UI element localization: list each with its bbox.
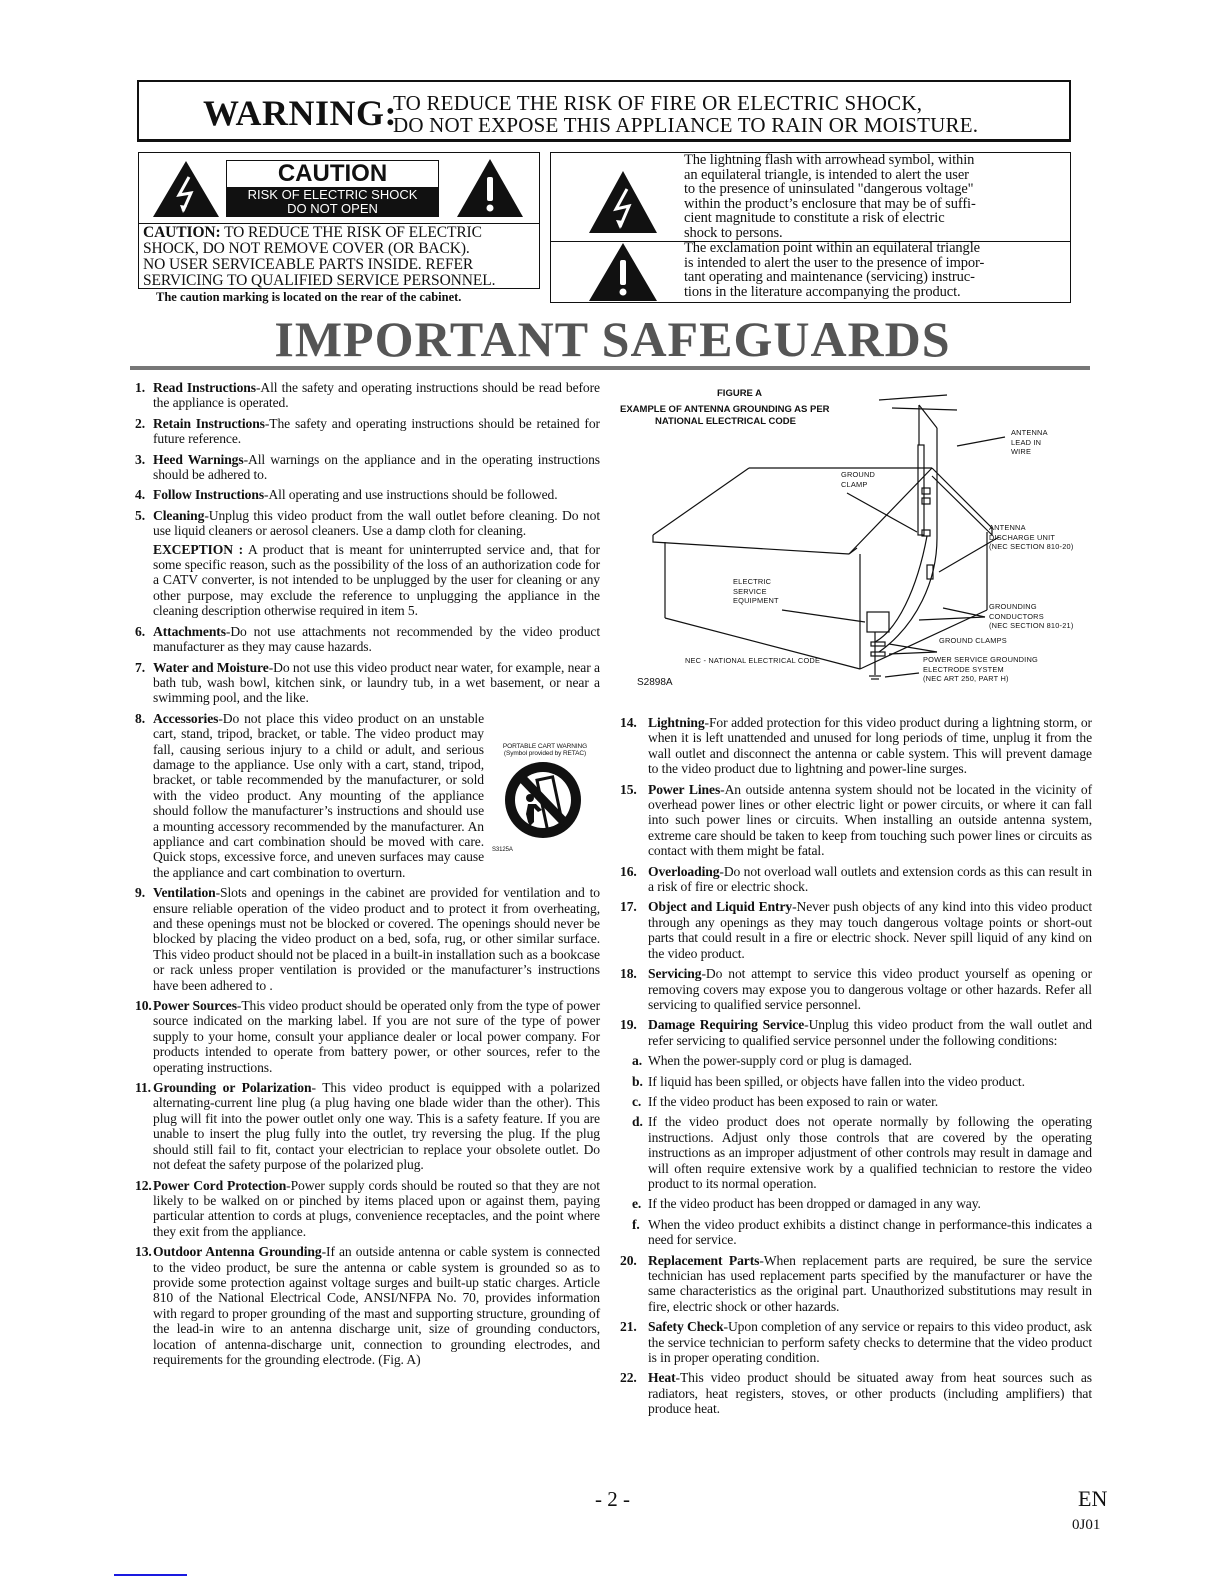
item-heading: Overloading: [648, 864, 719, 879]
item-text: -Do not place this video product on an u…: [153, 711, 484, 880]
item-heading: Read Instructions: [153, 380, 256, 395]
label-electric-service-equipment: ELECTRIC SERVICE EQUIPMENT: [733, 577, 779, 606]
item-heading: Water and Moisture: [153, 660, 269, 675]
item-text: -Slots and openings in the cabinet are p…: [153, 885, 600, 992]
safeguard-item: 11.Grounding or Polarization- This video…: [135, 1080, 600, 1172]
warning-line-1: TO REDUCE THE RISK OF FIRE OR ELECTRIC S…: [393, 92, 978, 114]
item-number: 4.: [135, 487, 145, 502]
warning-box: WARNING: TO REDUCE THE RISK OF FIRE OR E…: [137, 80, 1071, 142]
link-underline[interactable]: [114, 1574, 187, 1576]
text-line: The exclamation point within an equilate…: [684, 241, 984, 256]
item-heading: Ventilation: [153, 885, 216, 900]
condition-letter: d.: [632, 1114, 643, 1129]
label-line: (NEC SECTION 810-21): [989, 621, 1092, 631]
safeguards-left-column: 1.Read Instructions-All the safety and o…: [135, 380, 600, 1372]
label-power-service-grounding: POWER SERVICE GROUNDING ELECTRODE SYSTEM…: [923, 655, 1038, 684]
cart-caption: PORTABLE CART WARNING: [490, 743, 600, 750]
safeguard-item: 12.Power Cord Protection-Power supply co…: [135, 1178, 600, 1240]
safeguard-item: 14.Lightning-For added protection for th…: [620, 715, 1092, 777]
condition-letter: f.: [632, 1217, 640, 1232]
safeguard-item: 6.Attachments-Do not use attachments not…: [135, 624, 600, 655]
safeguard-item: 17.Object and Liquid Entry-Never push ob…: [620, 899, 1092, 961]
item-text: -For added protection for this video pro…: [648, 715, 1092, 776]
title-rule: [130, 366, 1090, 370]
caution-box: CAUTION RISK OF ELECTRIC SHOCK DO NOT OP…: [138, 152, 540, 289]
figure-a-antenna-grounding: FIGURE A EXAMPLE OF ANTENNA GROUNDING AS…: [617, 380, 1092, 695]
safeguard-item: PORTABLE CART WARNING (Symbol provided b…: [135, 711, 600, 880]
item-number: 13.: [135, 1244, 152, 1259]
item-number: 19.: [620, 1017, 637, 1032]
label-line: SERVICE: [733, 587, 779, 597]
item-number: 7.: [135, 660, 145, 675]
caution-note: The caution marking is located on the re…: [156, 290, 461, 305]
label-line: DISCHARGE UNIT: [989, 533, 1074, 543]
label-ground-clamp: GROUND CLAMP: [841, 470, 875, 489]
item-heading: Power Lines: [648, 782, 720, 797]
label-line: WIRE: [1011, 447, 1048, 457]
caution-body-lead: CAUTION:: [143, 224, 221, 241]
item-number: 2.: [135, 416, 145, 431]
exclamation-explanation-row: The exclamation point within an equilate…: [551, 241, 1070, 303]
safeguard-item: 19.Damage Requiring Service-Unplug this …: [620, 1017, 1092, 1048]
label-line: GROUND: [841, 470, 875, 480]
item-heading: Cleaning: [153, 508, 204, 523]
item-number: 11.: [135, 1080, 151, 1095]
label-line: GROUND CLAMPS: [939, 636, 1007, 646]
text-line: an equilateral triangle, is intended to …: [684, 168, 976, 183]
text-line: The lightning flash with arrowhead symbo…: [684, 153, 976, 168]
item-heading: Grounding or Polarization: [153, 1080, 311, 1095]
item-number: 9.: [135, 885, 145, 900]
document-code: 0J01: [1072, 1517, 1100, 1534]
item-number: 8.: [135, 711, 145, 726]
caution-band-line-2: DO NOT OPEN: [227, 202, 438, 216]
condition-letter: c.: [632, 1094, 641, 1109]
warning-label: WARNING:: [203, 92, 397, 134]
caution-body-line-3: NO USER SERVICEABLE PARTS INSIDE. REFER: [143, 257, 495, 273]
text-line: is intended to alert the user to the pre…: [684, 256, 984, 271]
item-number: 5.: [135, 508, 145, 523]
condition-text: When the video product exhibits a distin…: [648, 1217, 1092, 1247]
safeguard-item: 2.Retain Instructions-The safety and ope…: [135, 416, 600, 447]
lightning-explanation-row: The lightning flash with arrowhead symbo…: [551, 153, 1070, 242]
item-heading: Replacement Parts: [648, 1253, 759, 1268]
condition-text: If the video product does not operate no…: [648, 1114, 1092, 1191]
warning-line-2: DO NOT EXPOSE THIS APPLIANCE TO RAIN OR …: [393, 114, 978, 136]
condition-item: d.If the video product does not operate …: [620, 1114, 1092, 1191]
item-number: 22.: [620, 1370, 637, 1385]
item-number: 3.: [135, 452, 145, 467]
safeguard-item: 13.Outdoor Antenna Grounding-If an outsi…: [135, 1244, 600, 1367]
lightning-triangle-icon: [589, 171, 657, 238]
item-number: 20.: [620, 1253, 637, 1268]
safeguard-item: 15.Power Lines-An outside antenna system…: [620, 782, 1092, 859]
language-code: EN: [1078, 1486, 1107, 1512]
condition-text: If liquid has been spilled, or objects h…: [648, 1074, 1025, 1089]
safeguard-item: 5.Cleaning-Unplug this video product fro…: [135, 508, 600, 539]
item-number: 14.: [620, 715, 637, 730]
caution-body-line-1: CAUTION: TO REDUCE THE RISK OF ELECTRIC: [143, 225, 495, 241]
item-heading: Power Cord Protection: [153, 1178, 286, 1193]
safeguard-item: 21.Safety Check-Upon completion of any s…: [620, 1319, 1092, 1365]
safeguard-item: 20.Replacement Parts-When replacement pa…: [620, 1253, 1092, 1315]
item-text: -If an outside antenna or cable system i…: [153, 1244, 600, 1367]
item-text: -Unplug this video product from the wall…: [153, 508, 600, 538]
caution-body-rest: TO REDUCE THE RISK OF ELECTRIC: [221, 224, 482, 241]
item-heading: Follow Instructions: [153, 487, 264, 502]
safeguards-right-column: 14.Lightning-For added protection for th…: [620, 715, 1092, 1422]
exclamation-triangle-icon: [457, 159, 523, 222]
label-line: (NEC SECTION 810-20): [989, 542, 1074, 552]
caution-body-line-2: SHOCK, DO NOT REMOVE COVER (OR BACK).: [143, 241, 495, 257]
text-line: shock to persons.: [684, 226, 976, 241]
cleaning-exception: EXCEPTION : A product that is meant for …: [153, 542, 600, 619]
exclamation-triangle-icon: [589, 243, 657, 306]
item-text: -Do not attempt to service this video pr…: [648, 966, 1092, 1012]
item-number: 17.: [620, 899, 637, 914]
item-number: 15.: [620, 782, 637, 797]
item-heading: Damage Requiring Service: [648, 1017, 804, 1032]
label-line: EQUIPMENT: [733, 596, 779, 606]
condition-letter: e.: [632, 1196, 641, 1211]
condition-text: If the video product has been dropped or…: [648, 1196, 981, 1211]
label-line: ANTENNA: [1011, 428, 1048, 438]
label-line: GROUNDING CONDUCTORS: [989, 602, 1092, 621]
page-title: IMPORTANT SAFEGUARDS: [0, 310, 1225, 368]
safeguard-item: 18.Servicing-Do not attempt to service t…: [620, 966, 1092, 1012]
label-line: ANTENNA: [989, 523, 1074, 533]
safeguard-item: 9.Ventilation-Slots and openings in the …: [135, 885, 600, 993]
caution-sign: CAUTION RISK OF ELECTRIC SHOCK DO NOT OP…: [226, 160, 439, 217]
text-line: tions in the literature accompanying the…: [684, 285, 984, 300]
item-number: 12.: [135, 1178, 152, 1193]
exception-label: EXCEPTION :: [153, 542, 243, 557]
symbols-explanation-box: The lightning flash with arrowhead symbo…: [550, 152, 1071, 303]
label-line: ELECTRIC: [733, 577, 779, 587]
item-heading: Heed Warnings: [153, 452, 244, 467]
item-number: 6.: [135, 624, 145, 639]
item-text: -All operating and use instructions shou…: [264, 487, 558, 502]
page-number: - 2 -: [0, 1487, 1225, 1512]
lightning-explanation-text: The lightning flash with arrowhead symbo…: [684, 153, 976, 241]
safeguard-item: 3.Heed Warnings-All warnings on the appl…: [135, 452, 600, 483]
safeguard-item: 16.Overloading-Do not overload wall outl…: [620, 864, 1092, 895]
condition-item: c.If the video product has been exposed …: [620, 1094, 1092, 1109]
label-line: (NEC ART 250, PART H): [923, 674, 1038, 684]
lightning-triangle-icon: [153, 161, 219, 222]
label-grounding-conductors: GROUNDING CONDUCTORS (NEC SECTION 810-21…: [989, 602, 1092, 631]
item-heading: Object and Liquid Entry: [648, 899, 792, 914]
condition-letter: a.: [632, 1053, 642, 1068]
condition-text: If the video product has been exposed to…: [648, 1094, 938, 1109]
condition-text: When the power-supply cord or plug is da…: [648, 1053, 912, 1068]
text-line: tant operating and maintenance (servicin…: [684, 270, 984, 285]
caution-title: CAUTION: [227, 161, 438, 187]
caution-body: CAUTION: TO REDUCE THE RISK OF ELECTRIC …: [143, 225, 495, 289]
portable-cart-warning: PORTABLE CART WARNING (Symbol provided b…: [490, 743, 600, 859]
label-antenna-discharge-unit: ANTENNA DISCHARGE UNIT (NEC SECTION 810-…: [989, 523, 1074, 552]
safeguard-item: 7.Water and Moisture-Do not use this vid…: [135, 660, 600, 706]
cart-tip-over-icon: [502, 760, 600, 843]
safeguard-item: 1.Read Instructions-All the safety and o…: [135, 380, 600, 411]
item-heading: Outdoor Antenna Grounding: [153, 1244, 322, 1259]
caution-body-line-4: SERVICING TO QUALIFIED SERVICE PERSONNEL…: [143, 273, 495, 289]
label-line: ELECTRODE SYSTEM: [923, 665, 1038, 675]
condition-letter: b.: [632, 1074, 643, 1089]
item-number: 18.: [620, 966, 637, 981]
condition-item: b.If liquid has been spilled, or objects…: [620, 1074, 1092, 1089]
text-line: cient magnitude to constitute a risk of …: [684, 211, 976, 226]
caution-label-area: CAUTION RISK OF ELECTRIC SHOCK DO NOT OP…: [139, 153, 539, 224]
text-line: within the product’s enclosure that may …: [684, 197, 976, 212]
exclamation-explanation-text: The exclamation point within an equilate…: [684, 241, 984, 299]
item-heading: Retain Instructions: [153, 416, 265, 431]
condition-item: a.When the power-supply cord or plug is …: [620, 1053, 1092, 1068]
item-heading: Attachments: [153, 624, 226, 639]
item-text: -This video product should be situated a…: [648, 1370, 1092, 1416]
caution-band-line-1: RISK OF ELECTRIC SHOCK: [227, 188, 438, 202]
item-heading: Power Sources: [153, 998, 237, 1013]
cart-caption-source: (Symbol provided by RETAC): [490, 750, 600, 757]
item-number: 10.: [135, 998, 152, 1013]
cart-code: S3125A: [492, 843, 600, 858]
item-number: 16.: [620, 864, 637, 879]
label-nec: NEC - NATIONAL ELECTRICAL CODE: [685, 656, 820, 666]
condition-item: e.If the video product has been dropped …: [620, 1196, 1092, 1211]
label-ground-clamps: GROUND CLAMPS: [939, 636, 1007, 646]
text-line: to the presence of uninsulated "dangerou…: [684, 182, 976, 197]
label-line: CLAMP: [841, 480, 875, 490]
item-number: 1.: [135, 380, 145, 395]
safeguard-item: 10.Power Sources-This video product shou…: [135, 998, 600, 1075]
condition-item: f.When the video product exhibits a dist…: [620, 1217, 1092, 1248]
safeguard-item: 4.Follow Instructions-All operating and …: [135, 487, 600, 502]
item-heading: Accessories: [153, 711, 218, 726]
item-heading: Lightning: [648, 715, 705, 730]
item-heading: Heat: [648, 1370, 676, 1385]
label-line: POWER SERVICE GROUNDING: [923, 655, 1038, 665]
item-heading: Servicing: [648, 966, 701, 981]
label-line: NEC - NATIONAL ELECTRICAL CODE: [685, 656, 820, 666]
label-line: LEAD IN: [1011, 438, 1048, 448]
item-heading: Safety Check: [648, 1319, 724, 1334]
safeguard-item: 22.Heat-This video product should be sit…: [620, 1370, 1092, 1416]
figure-code: S2898A: [637, 677, 673, 688]
item-number: 21.: [620, 1319, 637, 1334]
label-antenna-lead-in-wire: ANTENNA LEAD IN WIRE: [1011, 428, 1048, 457]
warning-text: TO REDUCE THE RISK OF FIRE OR ELECTRIC S…: [393, 92, 978, 136]
caution-band: RISK OF ELECTRIC SHOCK DO NOT OPEN: [227, 187, 438, 217]
